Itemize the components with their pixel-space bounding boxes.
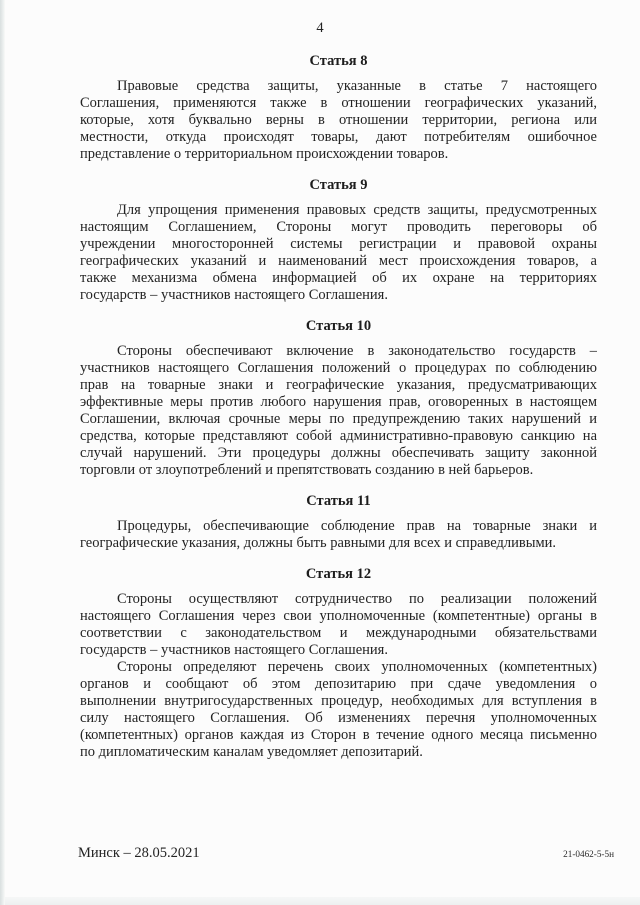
text-line: также механизма обмена информацией об их… <box>80 270 597 287</box>
text-line: силу настоящего Соглашения. Об изменения… <box>80 710 597 727</box>
text-line: Стороны обеспечивают включение в законод… <box>80 343 597 360</box>
text-line: учреждении многосторонней системы регист… <box>80 236 597 253</box>
text-line: Правовые средства защиты, указанные в ст… <box>80 78 597 95</box>
text-line: прав на товарные знаки и географические … <box>80 377 597 394</box>
document-code: 21-0462-5-5н <box>563 848 614 860</box>
page-number: 4 <box>0 0 640 37</box>
article-title: Статья 10 <box>80 318 597 335</box>
text-line: Соглашении, включая срочные меры по пред… <box>80 411 597 428</box>
scan-edge-left <box>0 0 5 905</box>
text-line: эффективные меры против любого нарушения… <box>80 394 597 411</box>
text-line: соответствии с законодательством и между… <box>80 625 597 642</box>
text-line: Соглашения, применяются также в отношени… <box>80 95 597 112</box>
text-line: настоящего Соглашения через свои уполном… <box>80 608 597 625</box>
text-line: настоящим Соглашением, Стороны могут про… <box>80 219 597 236</box>
article-title: Статья 11 <box>80 493 597 510</box>
paragraph: Процедуры, обеспечивающие соблюдение пра… <box>80 518 597 552</box>
text-line: участников настоящего Соглашения положен… <box>80 360 597 377</box>
document-body: Статья 8Правовые средства защиты, указан… <box>80 53 597 761</box>
text-line: Стороны осуществляют сотрудничество по р… <box>80 591 597 608</box>
article-title: Статья 9 <box>80 177 597 194</box>
text-line: Для упрощения применения правовых средст… <box>80 202 597 219</box>
text-line: которые, хотя буквально верны в отношени… <box>80 112 597 129</box>
text-line: Процедуры, обеспечивающие соблюдение пра… <box>80 518 597 535</box>
signing-place-date: Минск – 28.05.2021 <box>78 845 200 862</box>
footer: Минск – 28.05.2021 21-0462-5-5н <box>78 845 614 862</box>
scan-edge-bottom <box>0 897 640 905</box>
text-line: представление о территориальном происхож… <box>80 146 597 163</box>
article-title: Статья 12 <box>80 566 597 583</box>
text-line: местности, откуда происходят товары, даю… <box>80 129 597 146</box>
text-line: по дипломатическим каналам уведомляет де… <box>80 744 597 761</box>
text-line: государств – участников настоящего Согла… <box>80 642 597 659</box>
text-line: торговли от злоупотреблений и препятство… <box>80 462 597 479</box>
text-line: Стороны определяют перечень своих уполно… <box>80 659 597 676</box>
text-line: средства, которые представляют собой адм… <box>80 428 597 445</box>
paragraph: Для упрощения применения правовых средст… <box>80 202 597 304</box>
paragraph: Стороны осуществляют сотрудничество по р… <box>80 591 597 659</box>
text-line: выполнении внутригосударственных процеду… <box>80 693 597 710</box>
text-line: географических указаний и наименований м… <box>80 253 597 270</box>
text-line: государств – участников настоящего Согла… <box>80 287 597 304</box>
text-line: (компетентных) органов каждая из Сторон … <box>80 727 597 744</box>
paragraph: Стороны обеспечивают включение в законод… <box>80 343 597 479</box>
text-line: географические указания, должны быть рав… <box>80 535 597 552</box>
article-title: Статья 8 <box>80 53 597 70</box>
paragraph: Правовые средства защиты, указанные в ст… <box>80 78 597 163</box>
scanned-document-page: 4 Статья 8Правовые средства защиты, указ… <box>0 0 640 905</box>
text-line: органов и сообщают об этом депозитарию п… <box>80 676 597 693</box>
text-line: случай нарушений. Эти процедуры должны о… <box>80 445 597 462</box>
paragraph: Стороны определяют перечень своих уполно… <box>80 659 597 761</box>
